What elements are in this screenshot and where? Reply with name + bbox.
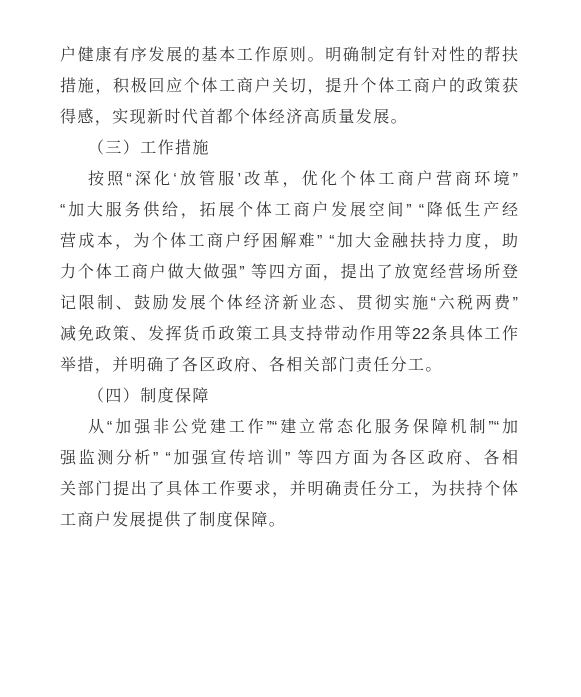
text-line: 关部门提出了具体工作要求，并明确责任分工，为扶持个体 — [60, 474, 518, 505]
text-line: 力个体工商户做大做强” 等四方面，提出了放宽经营场所登 — [60, 257, 518, 288]
text-line: 户健康有序发展的基本工作原则。明确制定有针对性的帮扶 — [60, 40, 518, 71]
text-line: 措施，积极回应个体工商户关切，提升个体工商户的政策获 — [60, 71, 518, 102]
section-heading: （四）制度保障 — [60, 381, 518, 412]
text-line: 记限制、鼓励发展个体经济新业态、贯彻实施“六税两费” — [60, 288, 518, 319]
document-page: 户健康有序发展的基本工作原则。明确制定有针对性的帮扶 措施，积极回应个体工商户关… — [0, 0, 581, 697]
text-line: “加大服务供给，拓展个体工商户发展空间” “降低生产经 — [60, 195, 518, 226]
document-text-block: 户健康有序发展的基本工作原则。明确制定有针对性的帮扶 措施，积极回应个体工商户关… — [60, 40, 518, 536]
text-line: 工商户发展提供了制度保障。 — [60, 505, 518, 536]
text-line: 营成本，为个体工商户纾困解难” “加大金融扶持力度，助 — [60, 226, 518, 257]
text-line: 举措，并明确了各区政府、各相关部门责任分工。 — [60, 350, 518, 381]
text-line: 得感，实现新时代首都个体经济高质量发展。 — [60, 102, 518, 133]
text-line: 减免政策、发挥货币政策工具支持带动作用等22条具体工作 — [60, 319, 518, 350]
text-line: 强监测分析” “加强宣传培训” 等四方面为各区政府、各相 — [60, 443, 518, 474]
text-line: 按照“深化‘放管服’改革，优化个体工商户营商环境” — [60, 164, 518, 195]
section-heading: （三）工作措施 — [60, 133, 518, 164]
text-line: 从“加强非公党建工作”“建立常态化服务保障机制”“加 — [60, 412, 518, 443]
